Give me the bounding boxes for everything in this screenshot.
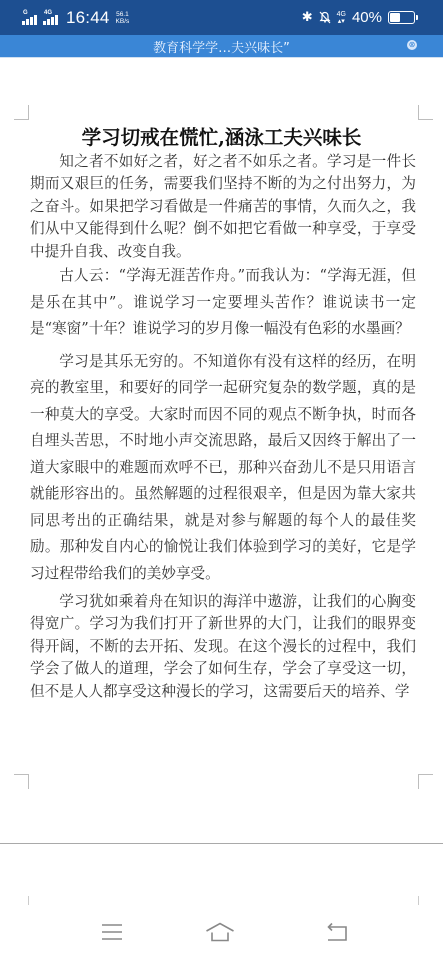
menu-icon — [101, 923, 123, 941]
home-button[interactable] — [205, 919, 235, 945]
paragraph-1: 知之者不如好之者，好之者不如乐之者。学习是一件长期而又艰巨的任务，需要我们坚持不… — [30, 151, 416, 263]
network-speed: 56.1 KB/s — [116, 11, 130, 25]
signal-sim2-icon: 4G — [43, 10, 60, 26]
battery-icon — [388, 11, 415, 24]
document-title-bar: 教育科学学…夫兴味长” ⊗ — [0, 35, 443, 58]
signal-sim1-icon: G — [22, 10, 39, 26]
status-left: G 4G 16:44 56.1 KB/s — [22, 0, 129, 35]
network-speed-value: 56.1 — [116, 11, 130, 18]
margin-corner-top-right — [418, 105, 433, 120]
network-speed-unit: KB/s — [116, 18, 130, 25]
data-type-label: 4G — [337, 11, 346, 18]
next-page-top[interactable] — [0, 844, 443, 900]
margin-corner-top-left — [14, 105, 29, 120]
document-heading: 学习切戒在慌忙,涵泳工夫兴味长 — [0, 122, 443, 150]
home-icon — [205, 922, 235, 942]
paragraph-3: 学习是其乐无穷的。不知道你有没有这样的经历，在明亮的教室里，和要好的同学一起研究… — [30, 349, 416, 588]
paragraph-4: 学习犹如乘着舟在知识的海洋中遨游，让我们的心胸变得宽广。学习为我们打开了新世界的… — [30, 591, 416, 703]
margin-corner-bottom-right — [418, 774, 433, 789]
4g-data-icon: 4G▴▾ — [337, 11, 346, 25]
back-icon — [325, 922, 349, 942]
close-icon[interactable]: ⊗ — [407, 40, 417, 50]
document-page[interactable]: 学习切戒在慌忙,涵泳工夫兴味长 知之者不如好之者，好之者不如乐之者。学习是一件长… — [0, 58, 443, 843]
clock: 16:44 — [66, 8, 110, 28]
document-tab-title: 教育科学学…夫兴味长” — [153, 37, 290, 56]
paragraph-2: 古人云：“学海无涯苦作舟。”而我认为：“学海无涯，但是乐在其中”。谁说学习一定要… — [30, 263, 416, 343]
status-right: ✱ 4G▴▾ 40% — [302, 0, 415, 35]
menu-button[interactable] — [97, 919, 127, 945]
back-button[interactable] — [322, 919, 352, 945]
bluetooth-icon: ✱ — [302, 10, 313, 25]
system-nav-bar — [0, 905, 443, 960]
status-bar: G 4G 16:44 56.1 KB/s ✱ 4G▴▾ 40% — [0, 0, 443, 35]
document-body: 知之者不如好之者，好之者不如乐之者。学习是一件长期而又艰巨的任务，需要我们坚持不… — [30, 151, 416, 703]
margin-corner-bottom-left — [14, 774, 29, 789]
mute-bell-icon — [319, 11, 331, 24]
battery-percent: 40% — [352, 9, 382, 26]
